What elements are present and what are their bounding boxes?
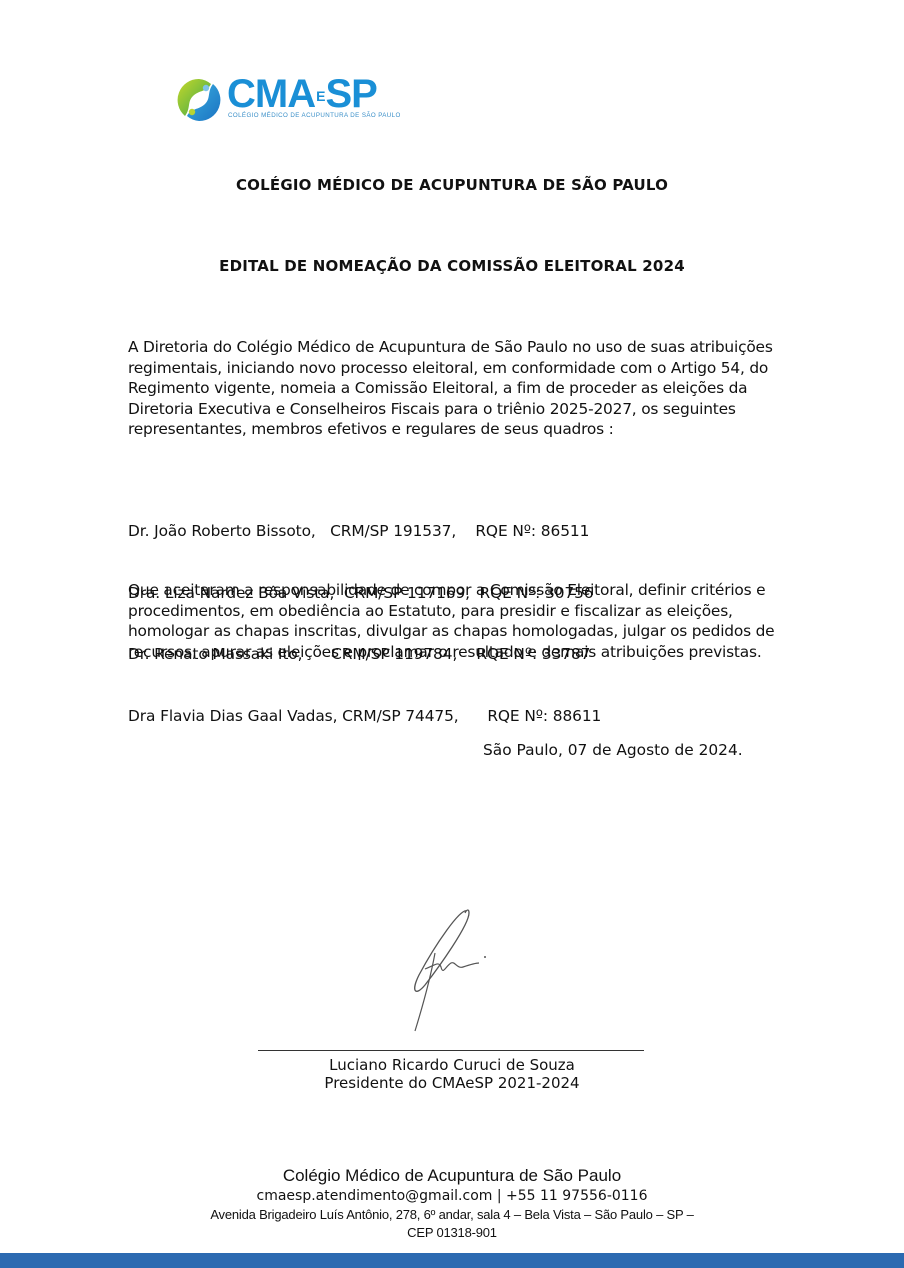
document-title: EDITAL DE NOMEAÇÃO DA COMISSÃO ELEITORAL… bbox=[0, 257, 904, 275]
footer-address-line: Avenida Brigadeiro Luís Antônio, 278, 6º… bbox=[0, 1206, 904, 1224]
member-row: Dr. João Roberto Bissoto, CRM/SP 191537,… bbox=[128, 521, 601, 542]
signatory-role: Presidente do CMAeSP 2021-2024 bbox=[0, 1074, 904, 1092]
logo-subtitle: COLÉGIO MÉDICO DE ACUPUNTURA DE SÃO PAUL… bbox=[228, 112, 401, 119]
footer-contact: cmaesp.atendimento@gmail.com | +55 11 97… bbox=[0, 1188, 904, 1204]
member-row: Dra Flavia Dias Gaal Vadas, CRM/SP 74475… bbox=[128, 706, 601, 727]
footer-address: Avenida Brigadeiro Luís Antônio, 278, 6º… bbox=[0, 1206, 904, 1242]
cmaesp-logo: CMAESP COLÉGIO MÉDICO DE ACUPUNTURA DE S… bbox=[177, 76, 437, 124]
footer-address-line: CEP 01318-901 bbox=[0, 1224, 904, 1242]
signature-image bbox=[395, 905, 505, 1035]
yin-yang-leaf-icon bbox=[177, 78, 221, 122]
signatory-name: Luciano Ricardo Curuci de Souza bbox=[0, 1056, 904, 1074]
document-date: São Paulo, 07 de Agosto de 2024. bbox=[483, 741, 743, 759]
signature-line bbox=[258, 1050, 644, 1051]
footer-title: Colégio Médico de Acupuntura de São Paul… bbox=[0, 1166, 904, 1186]
intro-paragraph: A Diretoria do Colégio Médico de Acupunt… bbox=[128, 337, 788, 440]
closing-paragraph: Que aceitaram a responsabilidade de comp… bbox=[128, 580, 788, 662]
footer-color-bar bbox=[0, 1253, 904, 1268]
institution-heading: COLÉGIO MÉDICO DE ACUPUNTURA DE SÃO PAUL… bbox=[0, 176, 904, 194]
